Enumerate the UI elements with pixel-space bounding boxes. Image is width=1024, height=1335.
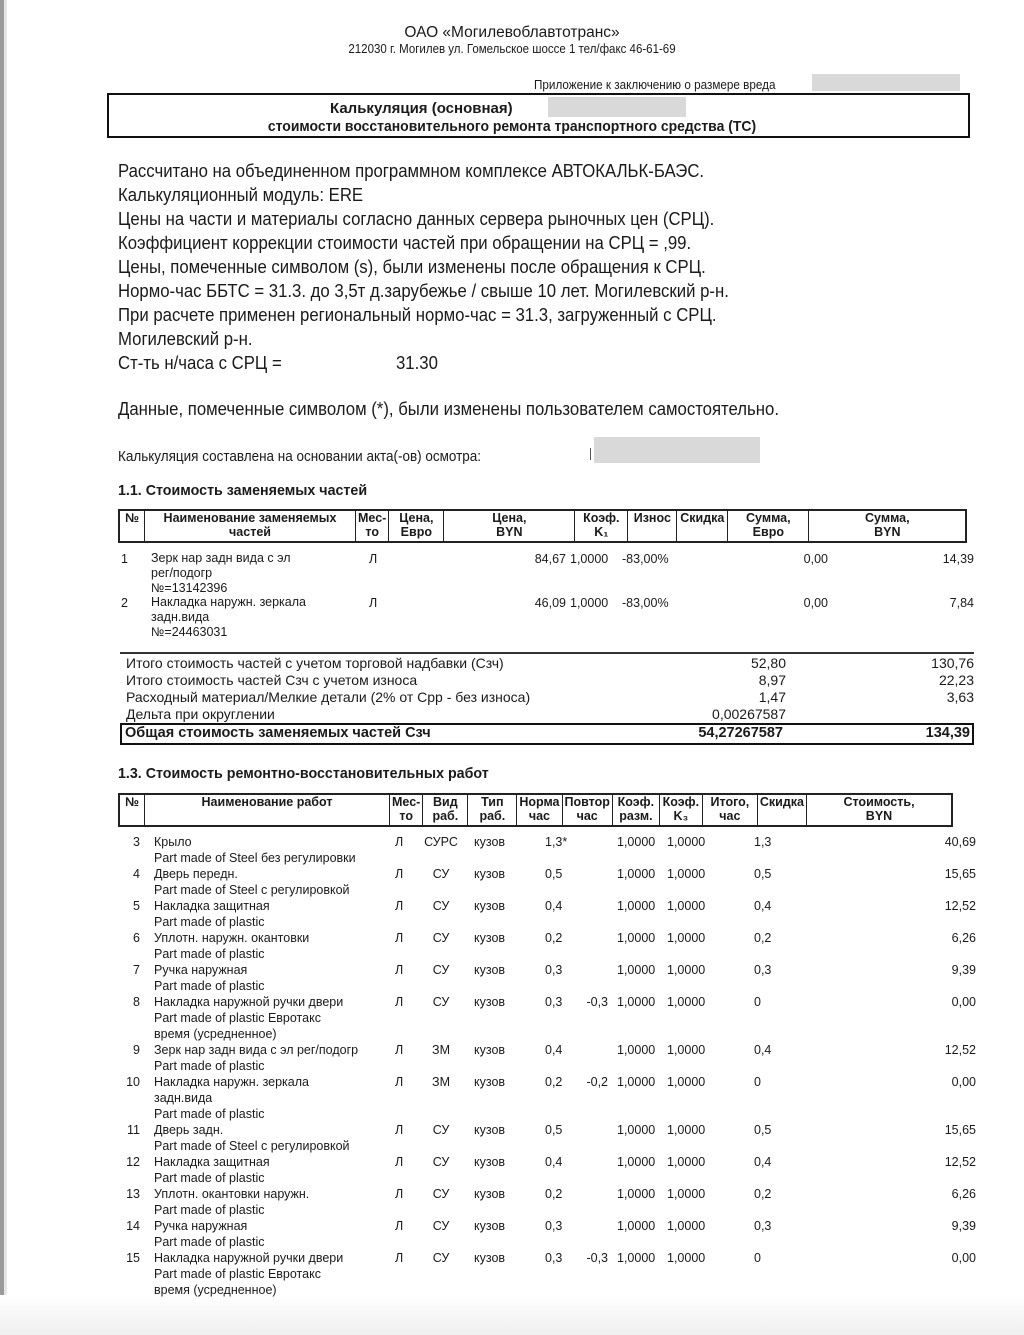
work-place: Л — [395, 898, 403, 914]
row-number: 6 — [118, 930, 140, 946]
column-header: Скидка — [757, 794, 806, 826]
work-kind: СУ — [419, 898, 463, 914]
work-kind: СУРС — [419, 834, 463, 850]
row-number: 13 — [118, 1186, 140, 1202]
row-number: 3 — [118, 834, 140, 850]
grand-total-label: Общая стоимость заменяемых частей Сзч — [125, 725, 431, 741]
work-place: Л — [395, 1250, 403, 1266]
annex-label: Приложение к заключению о размере вреда — [534, 77, 775, 92]
work-cost: 0,00 — [880, 1074, 976, 1090]
column-header: Повторчас — [562, 794, 612, 826]
size-coef: 1,0000 — [617, 1042, 655, 1058]
organization-address: 212030 г. Могилев ул. Гомельское шоссе 1… — [41, 42, 983, 56]
norm-hours: 0,4 — [545, 1154, 562, 1170]
grand-total-eur: 54,27267587 — [620, 725, 783, 741]
user-changed-note: Данные, помеченные символом (*), были из… — [118, 398, 779, 421]
work-kind: СУ — [419, 930, 463, 946]
column-header: Износ — [628, 510, 677, 542]
column-header: Нормачас — [517, 794, 562, 826]
rate-value: 31.30 — [396, 352, 438, 375]
norm-hours: 0,5 — [545, 1122, 562, 1138]
work-name: Уплотн. окантовки наружн.Part made of pl… — [154, 1186, 309, 1218]
work-place: Л — [395, 962, 403, 978]
work-place: Л — [395, 1042, 403, 1058]
grand-total-byn: 134,39 — [860, 725, 970, 741]
column-header: Мес-то — [356, 510, 389, 542]
column-header: Мес-то — [390, 794, 423, 826]
part-place: Л — [369, 551, 377, 567]
column-header: Сумма,BYN — [809, 510, 967, 542]
work-kind: СУ — [419, 1122, 463, 1138]
work-place: Л — [395, 1074, 403, 1090]
work-cost: 15,65 — [880, 1122, 976, 1138]
size-coef: 1,0000 — [617, 1186, 655, 1202]
size-coef: 1,0000 — [617, 1074, 655, 1090]
sum-eur: 0,00 — [740, 551, 828, 567]
info-line: Нормо-час ББТС = 31.3. до 3,5т д.зарубеж… — [118, 280, 729, 303]
work-type: кузов — [474, 1154, 505, 1170]
size-coef: 1,0000 — [617, 962, 655, 978]
column-header: Стоимость,BYN — [807, 794, 953, 826]
total-hours: 0,5 — [754, 866, 771, 882]
total-label: Дельта при округлении — [126, 706, 275, 722]
size-coef: 1,0000 — [617, 1218, 655, 1234]
k3-coef: 1,0000 — [667, 1154, 705, 1170]
k3-coef: 1,0000 — [667, 1042, 705, 1058]
wear-percent: -83,00% — [622, 551, 669, 567]
column-header: Итого,час — [702, 794, 757, 826]
norm-hours: 0,3 — [545, 994, 562, 1010]
price-byn: 84,67 — [480, 551, 566, 567]
work-name: Накладка защитнаяPart made of plastic — [154, 898, 270, 930]
inspection-act-label: Калькуляция составлена на основании акта… — [118, 446, 481, 469]
k3-coef: 1,0000 — [667, 866, 705, 882]
work-kind: СУ — [419, 1154, 463, 1170]
work-type: кузов — [474, 930, 505, 946]
parts-section-title: 1.1. Стоимость заменяемых частей — [118, 482, 367, 499]
column-header: Коэф.K₁ — [575, 510, 628, 542]
part-name: Накладка наружн. зеркалазадн.вида№=24463… — [151, 595, 306, 640]
total-hours: 0 — [754, 1074, 761, 1090]
row-number: 7 — [118, 962, 140, 978]
work-name: Зерк нар задн вида с эл рег/подогрPart m… — [154, 1042, 358, 1074]
row-number: 11 — [118, 1122, 140, 1138]
total-hours: 0,2 — [754, 1186, 771, 1202]
info-line: Калькуляционный модуль: ERE — [118, 184, 363, 207]
work-cost: 0,00 — [880, 994, 976, 1010]
total-label: Расходный материал/Мелкие детали (2% от … — [126, 689, 530, 705]
row-number: 4 — [118, 866, 140, 882]
k3-coef: 1,0000 — [667, 962, 705, 978]
column-header: Сумма,Евро — [728, 510, 809, 542]
total-eur: 52,80 — [620, 655, 786, 671]
column-header: Наименование работ — [145, 794, 390, 826]
total-hours: 0 — [754, 994, 761, 1010]
row-number: 1 — [121, 551, 128, 567]
row-number: 2 — [121, 595, 128, 611]
size-coef: 1,0000 — [617, 994, 655, 1010]
k3-coef: 1,0000 — [667, 898, 705, 914]
work-kind: СУ — [419, 1186, 463, 1202]
column-header: Коэф.K₃ — [659, 794, 702, 826]
row-number: 5 — [118, 898, 140, 914]
work-place: Л — [395, 866, 403, 882]
work-type: кузов — [474, 1250, 505, 1266]
work-cost: 12,52 — [880, 1154, 976, 1170]
total-byn: 3,63 — [860, 689, 974, 705]
work-cost: 15,65 — [880, 866, 976, 882]
k3-coef: 1,0000 — [667, 930, 705, 946]
total-hours: 0,4 — [754, 898, 771, 914]
work-cost: 0,00 — [880, 1250, 976, 1266]
work-name: Дверь передн.Part made of Steel с регули… — [154, 866, 350, 898]
norm-hours: 1,3* — [545, 834, 567, 850]
part-name: Зерк нар задн вида с элрег/подогр№=13142… — [151, 551, 291, 596]
column-header: Типраб. — [468, 794, 517, 826]
page-bottom-fade — [0, 1295, 1024, 1335]
document-subtitle: стоимости восстановительного ремонта тра… — [36, 118, 988, 135]
sum-byn: 7,84 — [880, 595, 974, 611]
size-coef: 1,0000 — [617, 866, 655, 882]
work-name: Ручка наружнаяPart made of plastic — [154, 962, 264, 994]
work-type: кузов — [474, 994, 505, 1010]
norm-hours: 0,2 — [545, 930, 562, 946]
k3-coef: 1,0000 — [667, 1250, 705, 1266]
work-type: кузов — [474, 866, 505, 882]
size-coef: 1,0000 — [617, 1154, 655, 1170]
work-name: Накладка наружной ручки двериPart made o… — [154, 994, 343, 1042]
norm-hours: 0,4 — [545, 898, 562, 914]
total-hours: 0 — [754, 1250, 761, 1266]
k3-coef: 1,0000 — [667, 1218, 705, 1234]
work-kind: ЗМ — [419, 1042, 463, 1058]
norm-hours: 0,3 — [545, 1250, 562, 1266]
work-name: Накладка наружн. зеркалазадн.видаPart ma… — [154, 1074, 309, 1122]
rate-label: Ст-ть н/часа с СРЦ = — [118, 352, 282, 375]
page-edge — [4, 0, 7, 1335]
sum-eur: 0,00 — [740, 595, 828, 611]
work-type: кузов — [474, 898, 505, 914]
k3-coef: 1,0000 — [667, 1074, 705, 1090]
work-cost: 9,39 — [880, 962, 976, 978]
total-hours: 0,4 — [754, 1042, 771, 1058]
k3-coef: 1,0000 — [667, 834, 705, 850]
row-number: 14 — [118, 1218, 140, 1234]
column-header: № — [119, 510, 145, 542]
work-place: Л — [395, 1186, 403, 1202]
norm-hours: 0,3 — [545, 962, 562, 978]
column-header: Цена,Евро — [389, 510, 444, 542]
work-cost: 6,26 — [880, 930, 976, 946]
k3-coef: 1,0000 — [667, 994, 705, 1010]
document-title: Калькуляция (основная) — [330, 100, 513, 117]
total-eur: 1,47 — [620, 689, 786, 705]
column-header: Видраб. — [423, 794, 468, 826]
size-coef: 1,0000 — [617, 1122, 655, 1138]
k1-coef: 1,0000 — [570, 551, 608, 567]
work-kind: СУ — [419, 1250, 463, 1266]
divider — [120, 652, 974, 654]
norm-hours: 0,4 — [545, 1042, 562, 1058]
size-coef: 1,0000 — [617, 1250, 655, 1266]
total-eur: 0,00267587 — [620, 706, 786, 722]
work-kind: СУ — [419, 962, 463, 978]
table-header-row: №Наименование работМес-тоВидраб.Типраб.Н… — [118, 793, 953, 827]
redacted-block — [548, 97, 686, 117]
work-place: Л — [395, 994, 403, 1010]
info-line: Цены на части и материалы согласно данны… — [118, 208, 714, 231]
work-type: кузов — [474, 962, 505, 978]
work-place: Л — [395, 1122, 403, 1138]
total-byn: 22,23 — [860, 672, 974, 688]
table-header-row: №Наименование заменяемыхчастейМес-тоЦена… — [118, 509, 967, 543]
info-line: Коэффициент коррекции стоимости частей п… — [118, 232, 691, 255]
work-cost: 12,52 — [880, 1042, 976, 1058]
k1-coef: 1,0000 — [570, 595, 608, 611]
work-type: кузов — [474, 1074, 505, 1090]
work-name: КрылоPart made of Steel без регулировки — [154, 834, 356, 866]
part-place: Л — [369, 595, 377, 611]
total-hours: 1,3 — [754, 834, 771, 850]
total-byn: 130,76 — [860, 655, 974, 671]
wear-percent: -83,00% — [622, 595, 669, 611]
repeat-hours: -0,3 — [568, 994, 608, 1010]
work-place: Л — [395, 930, 403, 946]
info-line: Рассчитано на объединенном программном к… — [118, 160, 704, 183]
k3-coef: 1,0000 — [667, 1122, 705, 1138]
size-coef: 1,0000 — [617, 930, 655, 946]
norm-hours: 0,2 — [545, 1186, 562, 1202]
norm-hours: 0,2 — [545, 1074, 562, 1090]
total-hours: 0,3 — [754, 962, 771, 978]
work-cost: 9,39 — [880, 1218, 976, 1234]
column-header: Цена,BYN — [444, 510, 575, 542]
work-place: Л — [395, 834, 403, 850]
row-number: 10 — [118, 1074, 140, 1090]
info-line: Цены, помеченные символом (s), были изме… — [118, 256, 706, 279]
column-header: Коэф.разм. — [612, 794, 659, 826]
total-label: Итого стоимость частей с учетом торговой… — [126, 655, 504, 671]
work-kind: СУ — [419, 1218, 463, 1234]
norm-hours: 0,5 — [545, 866, 562, 882]
work-cost: 12,52 — [880, 898, 976, 914]
work-type: кузов — [474, 1122, 505, 1138]
column-header: № — [119, 794, 145, 826]
work-name: Дверь задн.Part made of Steel с регулиро… — [154, 1122, 350, 1154]
column-header: Скидка — [677, 510, 728, 542]
work-name: Накладка защитнаяPart made of plastic — [154, 1154, 270, 1186]
work-place: Л — [395, 1154, 403, 1170]
info-line: Могилевский р-н. — [118, 328, 253, 351]
norm-hours: 0,3 — [545, 1218, 562, 1234]
total-hours: 0,4 — [754, 1154, 771, 1170]
work-kind: ЗМ — [419, 1074, 463, 1090]
row-number: 8 — [118, 994, 140, 1010]
work-type: кузов — [474, 834, 505, 850]
work-kind: СУ — [419, 866, 463, 882]
total-eur: 8,97 — [620, 672, 786, 688]
organization-name: ОАО «Могилевоблавтотранс» — [0, 24, 1024, 42]
work-kind: СУ — [419, 994, 463, 1010]
total-hours: 0,3 — [754, 1218, 771, 1234]
work-place: Л — [395, 1218, 403, 1234]
column-header: Наименование заменяемыхчастей — [145, 510, 356, 542]
row-number: 12 — [118, 1154, 140, 1170]
repeat-hours: -0,2 — [568, 1074, 608, 1090]
work-name: Накладка наружной ручки двериPart made o… — [154, 1250, 343, 1298]
k3-coef: 1,0000 — [667, 1186, 705, 1202]
sum-byn: 14,39 — [880, 551, 974, 567]
size-coef: 1,0000 — [617, 898, 655, 914]
size-coef: 1,0000 — [617, 834, 655, 850]
work-type: кузов — [474, 1186, 505, 1202]
row-number: 9 — [118, 1042, 140, 1058]
total-label: Итого стоимость частей Сзч с учетом изно… — [126, 672, 417, 688]
info-line: При расчете применен региональный нормо-… — [118, 304, 716, 327]
works-section-title: 1.3. Стоимость ремонтно-восстановительны… — [118, 765, 489, 782]
work-name: Уплотн. наружн. окантовкиPart made of pl… — [154, 930, 309, 962]
work-type: кузов — [474, 1218, 505, 1234]
row-number: 15 — [118, 1250, 140, 1266]
work-type: кузов — [474, 1042, 505, 1058]
work-cost: 40,69 — [880, 834, 976, 850]
price-byn: 46,09 — [480, 595, 566, 611]
work-cost: 6,26 — [880, 1186, 976, 1202]
redacted-block — [812, 74, 960, 91]
total-hours: 0,2 — [754, 930, 771, 946]
redacted-block — [594, 437, 760, 463]
total-hours: 0,5 — [754, 1122, 771, 1138]
work-name: Ручка наружнаяPart made of plastic — [154, 1218, 264, 1250]
repeat-hours: -0,3 — [568, 1250, 608, 1266]
text-fragment — [590, 448, 591, 460]
